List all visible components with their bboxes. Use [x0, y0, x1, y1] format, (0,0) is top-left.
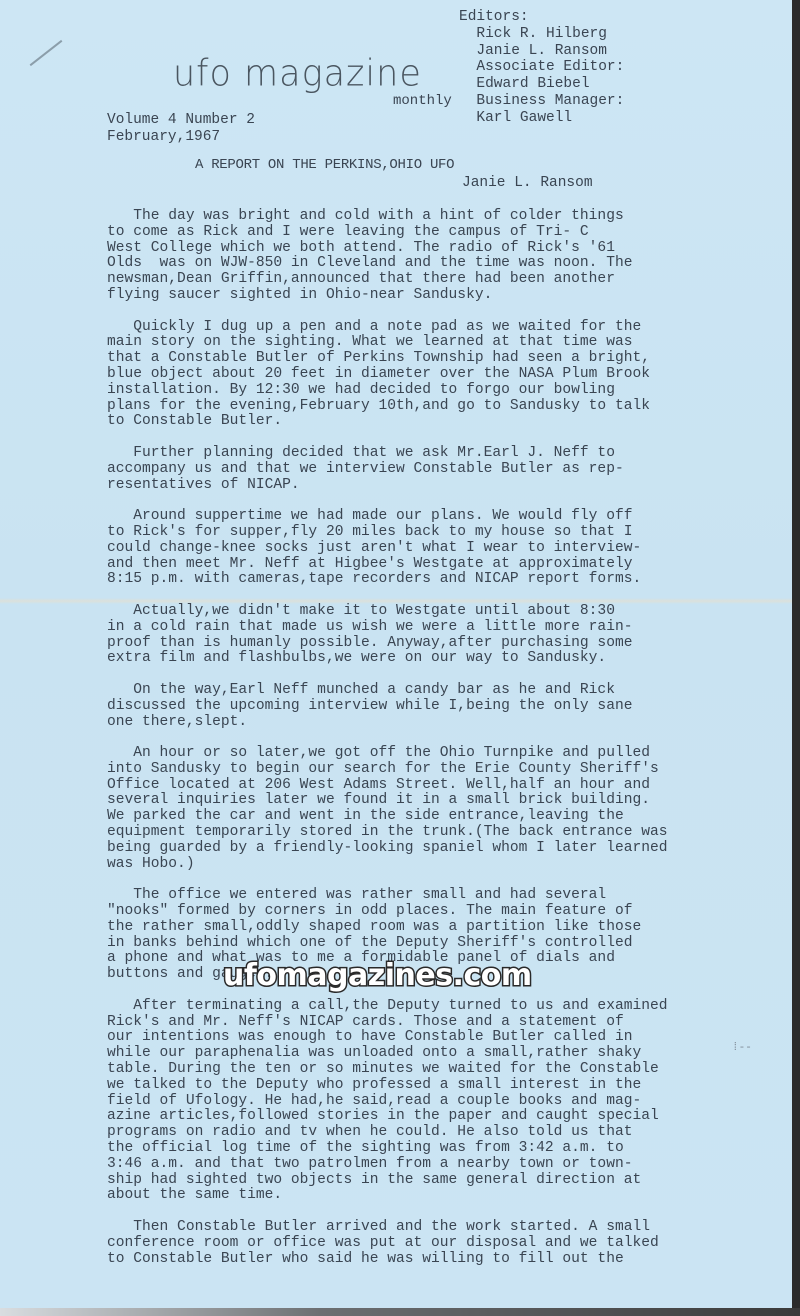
staff-line: Business Manager: [459, 93, 624, 110]
article-paragraph: Further planning decided that we ask Mr.… [107, 446, 797, 493]
staff-line: Associate Editor: [459, 59, 624, 76]
volume-number: Volume 4 Number 2 [107, 112, 255, 129]
article-paragraph: An hour or so later,we got off the Ohio … [107, 746, 797, 872]
staff-line: Janie L. Ransom [459, 43, 624, 60]
article-paragraph: On the way,Earl Neff munched a candy bar… [107, 683, 797, 730]
staff-list: Editors: Rick R. Hilberg Janie L. Ransom… [459, 9, 624, 127]
article-paragraph: After terminating a call,the Deputy turn… [107, 999, 797, 1204]
article-title: A REPORT ON THE PERKINS,OHIO UFO [195, 157, 454, 173]
article-paragraph: Quickly I dug up a pen and a note pad as… [107, 320, 797, 431]
article-byline: Janie L. Ransom [462, 175, 593, 191]
issue-date: February,1967 [107, 129, 255, 146]
article-paragraph: The day was bright and cold with a hint … [107, 209, 797, 304]
staff-line: Editors: [459, 9, 624, 26]
staff-line: Edward Biebel [459, 76, 624, 93]
magazine-logo: ufo magazine [173, 53, 422, 95]
article-paragraph: Actually,we didn't make it to Westgate u… [107, 604, 797, 667]
frequency-label: monthly [393, 93, 452, 109]
pen-mark [30, 40, 63, 66]
article-body: The day was bright and cold with a hint … [107, 209, 797, 1283]
article-paragraph: Around suppertime we had made our plans.… [107, 509, 797, 588]
magazine-page: ufo magazine monthly Volume 4 Number 2 F… [0, 0, 792, 1308]
staff-line: Rick R. Hilberg [459, 26, 624, 43]
watermark: ufomagazines.com [223, 958, 532, 993]
scan-edge-right [792, 0, 800, 1316]
stray-mark: ⁞-- [732, 1042, 752, 1054]
scan-edge-bottom [0, 1308, 800, 1316]
article-paragraph: Then Constable Butler arrived and the wo… [107, 1220, 797, 1267]
staff-line: Karl Gawell [459, 110, 624, 127]
issue-info: Volume 4 Number 2 February,1967 [107, 112, 255, 146]
